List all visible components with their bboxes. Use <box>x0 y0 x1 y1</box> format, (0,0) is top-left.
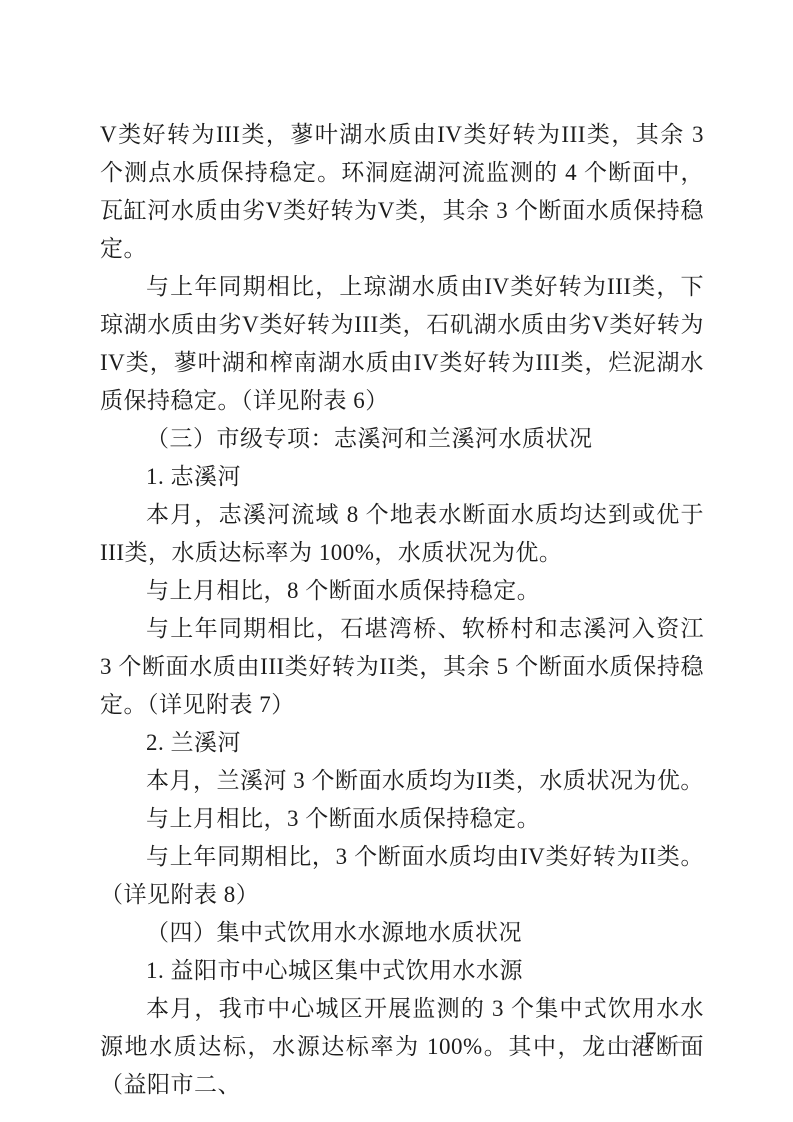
section-3-heading: （三）市级专项：志溪河和兰溪河水质状况 <box>100 420 704 458</box>
paragraph-zhixi-current: 本月，志溪河流域 8 个地表水断面水质均达到或优于III类，水质达标率为 100… <box>100 496 704 572</box>
paragraph-lanxi-yoy: 与上年同期相比，3 个断面水质均由IV类好转为II类。（详见附表 8） <box>100 838 704 914</box>
document-page: V类好转为III类，蓼叶湖水质由IV类好转为III类，其余 3 个测点水质保持稳… <box>0 0 793 1122</box>
page-footer: —7— <box>0 1028 700 1054</box>
paragraph-zhixi-yoy: 与上年同期相比，石堪湾桥、软桥村和志溪河入资江 3 个断面水质由III类好转为I… <box>100 610 704 724</box>
document-body: V类好转为III类，蓼叶湖水质由IV类好转为III类，其余 3 个测点水质保持稳… <box>100 116 704 1104</box>
section-4-heading: （四）集中式饮用水水源地水质状况 <box>100 914 704 952</box>
footer-dash-right: — <box>656 1028 700 1053</box>
page-number: 7 <box>644 1028 657 1053</box>
paragraph-lanxi-current: 本月，兰溪河 3 个断面水质均为II类，水质状况为优。 <box>100 762 704 800</box>
paragraph-lakes-yoy: 与上年同期相比，上琼湖水质由IV类好转为III类，下琼湖水质由劣V类好转为III… <box>100 268 704 420</box>
yiyang-source-heading: 1. 益阳市中心城区集中式饮用水水源 <box>100 952 704 990</box>
zhixi-river-heading: 1. 志溪河 <box>100 458 704 496</box>
paragraph-lanxi-mom: 与上月相比，3 个断面水质保持稳定。 <box>100 800 704 838</box>
paragraph-continuation: V类好转为III类，蓼叶湖水质由IV类好转为III类，其余 3 个测点水质保持稳… <box>100 116 704 268</box>
lanxi-river-heading: 2. 兰溪河 <box>100 724 704 762</box>
paragraph-zhixi-mom: 与上月相比，8 个断面水质保持稳定。 <box>100 572 704 610</box>
footer-dash-left: — <box>600 1028 644 1053</box>
